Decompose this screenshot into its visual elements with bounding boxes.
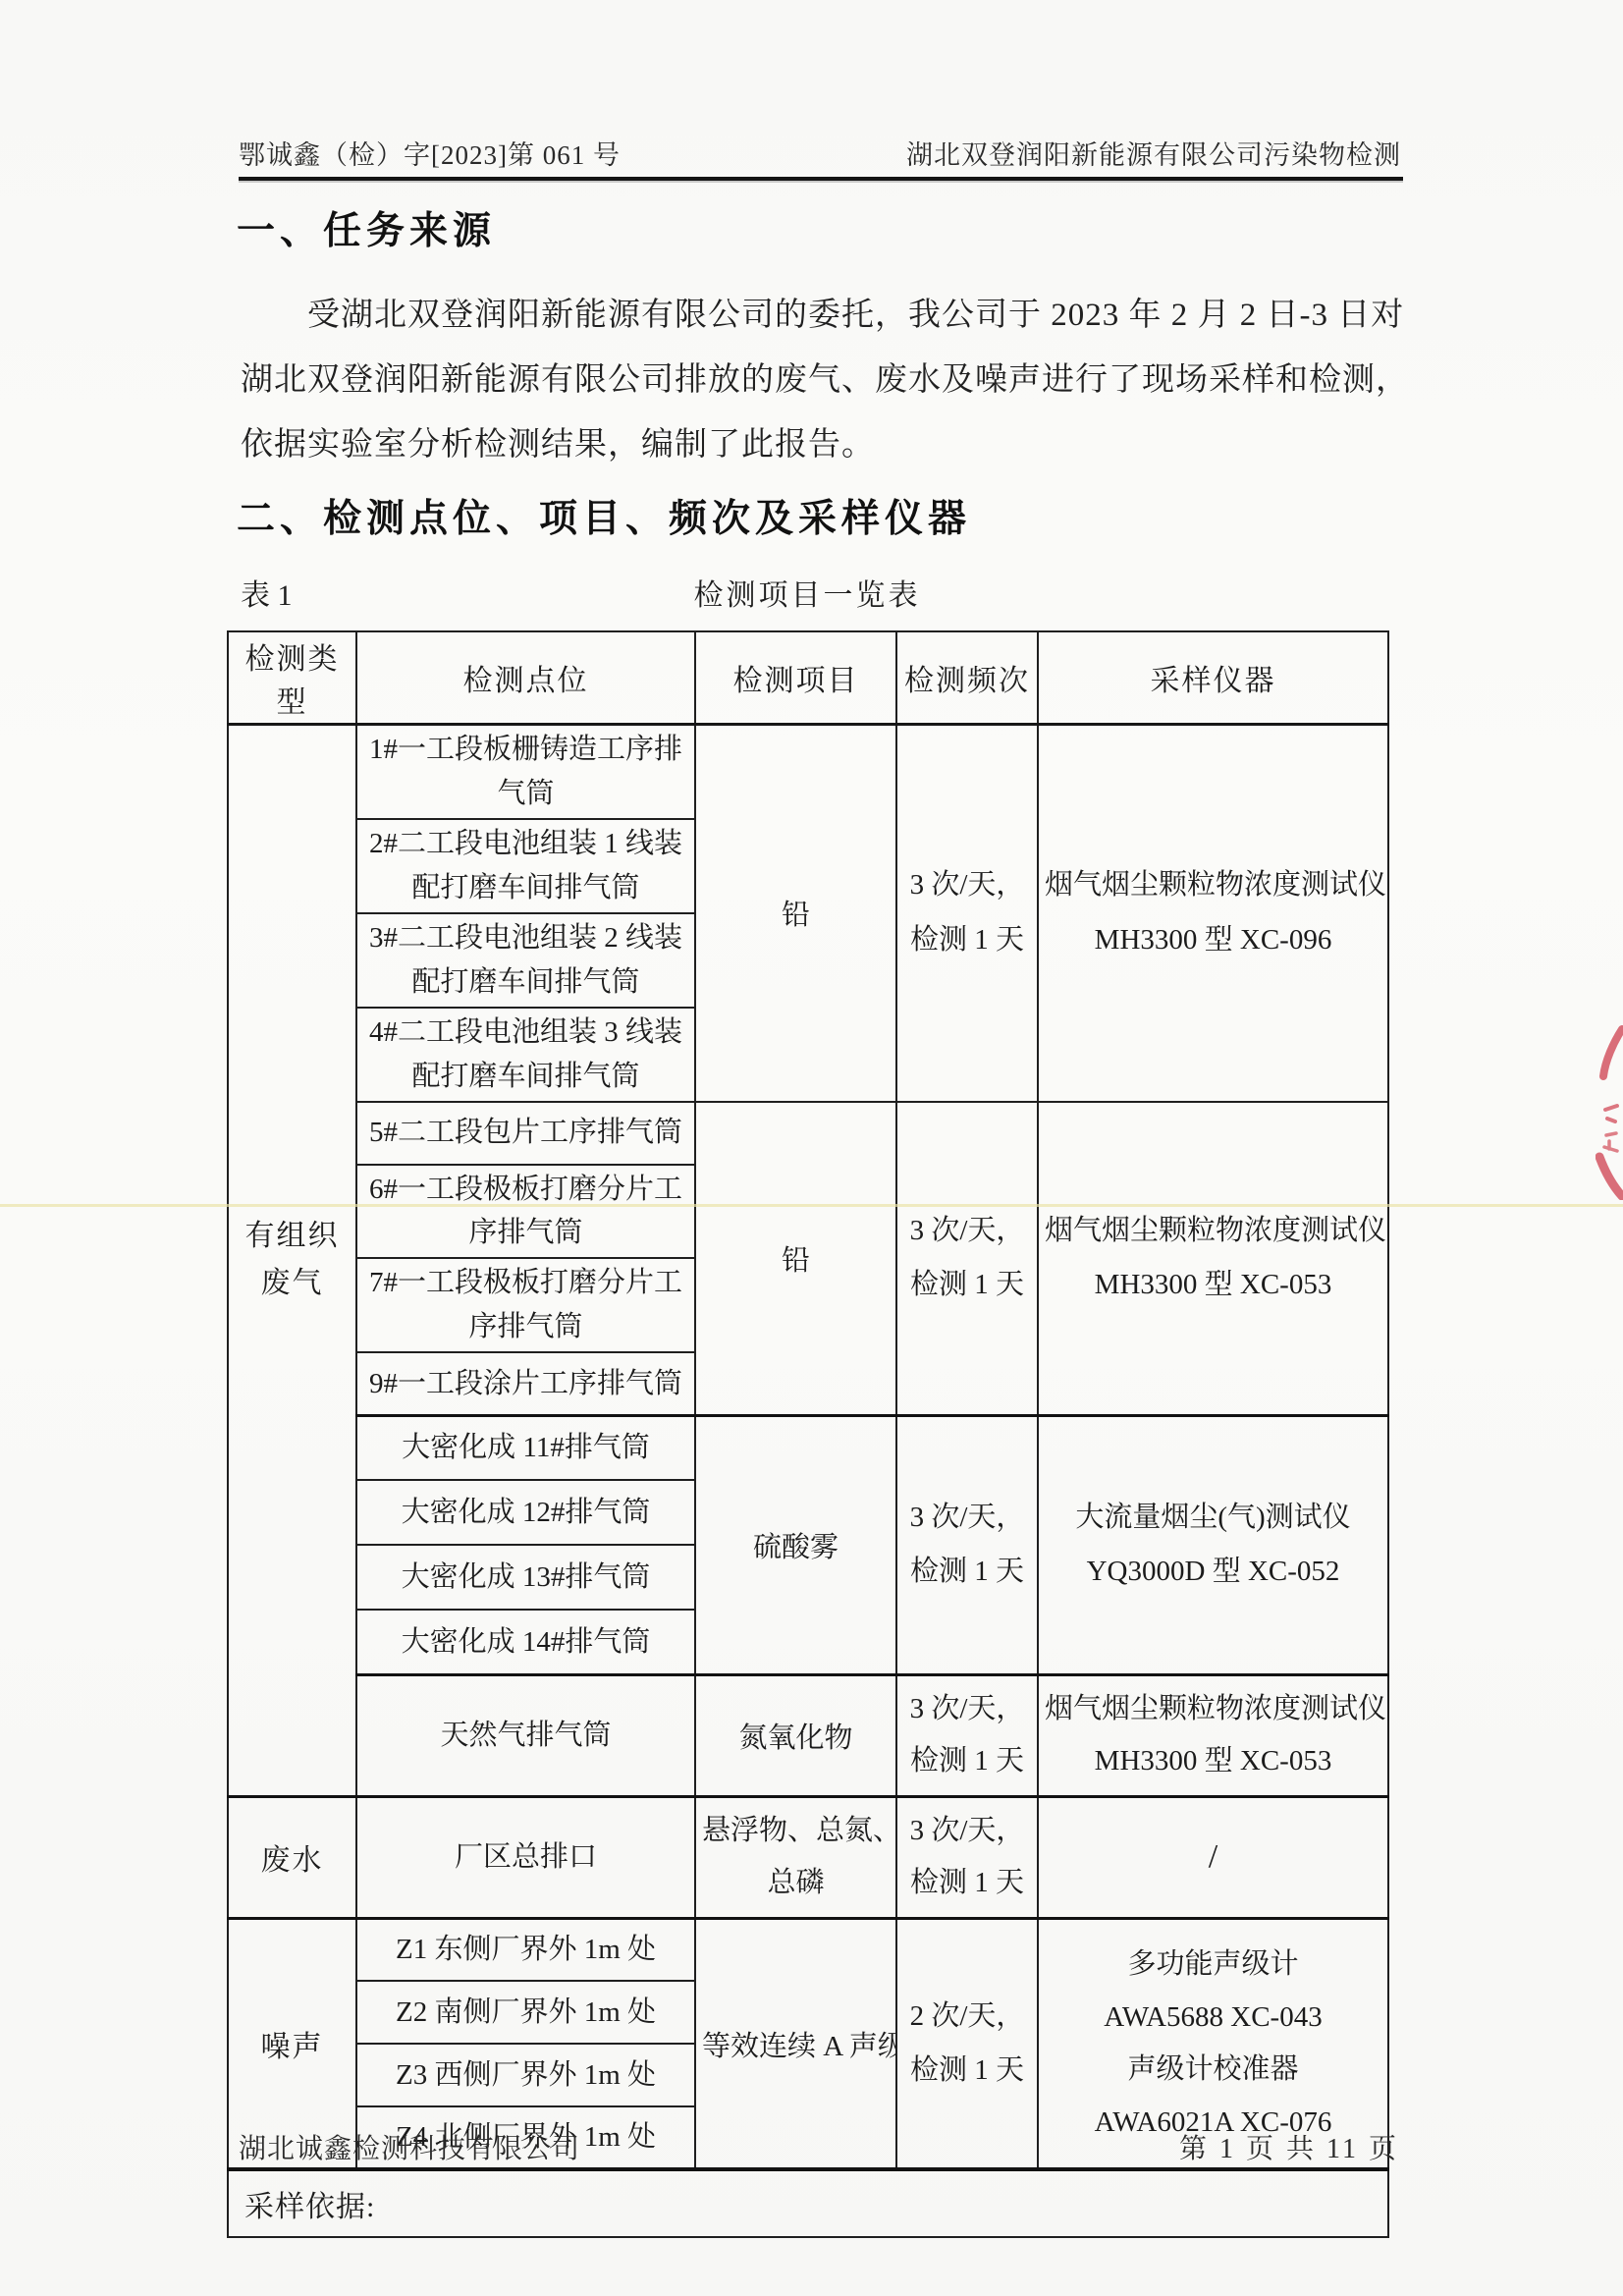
section1-heading: 一、任务来源: [237, 200, 496, 255]
monitor-point-cell: Z2 南侧厂界外 1m 处: [356, 1981, 695, 2044]
monitor-point-cell: 天然气排气筒: [356, 1674, 695, 1796]
table-row: 大密化成 11#排气筒 硫酸雾 3 次/天， 检测 1 天 大流量烟尘(气)测试…: [228, 1415, 1388, 1480]
red-stamp-fragment: [1596, 1025, 1623, 1200]
instrument-cell: 烟气烟尘颗粒物浓度测试仪 MH3300 型 XC-096: [1038, 725, 1388, 1102]
instrument-cell: 烟气烟尘颗粒物浓度测试仪 MH3300 型 XC-053: [1038, 1674, 1388, 1796]
frequency-cell: 3 次/天， 检测 1 天: [896, 1674, 1038, 1796]
sampling-basis-label: 采样依据:: [228, 2169, 1388, 2237]
instrument-cell: /: [1038, 1796, 1388, 1918]
monitor-item-cell: 氮氧化物: [695, 1674, 896, 1796]
monitor-item-cell: 铅: [695, 1102, 896, 1416]
monitor-point-cell: 大密化成 14#排气筒: [356, 1610, 695, 1674]
company-name: 湖北诚鑫检测科技有限公司: [239, 2127, 580, 2166]
sampling-basis-row: 采样依据:: [228, 2169, 1388, 2237]
doc-title-right: 湖北双登润阳新能源有限公司污染物检测: [906, 134, 1401, 172]
table-row: 5#二工段包片工序排气筒 铅 3 次/天， 检测 1 天 烟气烟尘颗粒物浓度测试…: [228, 1102, 1388, 1165]
monitoring-items-table: 检测类型 检测点位 检测项目 检测频次 采样仪器 有组织 废气 1#一工段板栅铸…: [227, 630, 1389, 2238]
header-divider: [239, 177, 1403, 181]
monitor-point-cell: 3#二工段电池组装 2 线装配打磨车间排气筒: [356, 913, 695, 1008]
frequency-cell: 3 次/天， 检测 1 天: [896, 725, 1038, 1102]
column-header-instrument: 采样仪器: [1038, 631, 1388, 725]
table-header-row: 检测类型 检测点位 检测项目 检测频次 采样仪器: [228, 631, 1388, 725]
monitor-point-cell: 大密化成 13#排气筒: [356, 1545, 695, 1610]
monitor-point-cell: 2#二工段电池组装 1 线装配打磨车间排气筒: [356, 819, 695, 913]
monitor-point-cell: 1#一工段板栅铸造工序排气筒: [356, 725, 695, 819]
doc-footer: 湖北诚鑫检测科技有限公司 第 1 页 共 11 页: [239, 2127, 1399, 2166]
document-page: 鄂诚鑫（检）字[2023]第 061 号 湖北双登润阳新能源有限公司污染物检测 …: [0, 0, 1623, 2296]
monitor-item-cell: 悬浮物、总氮、 总磷: [695, 1796, 896, 1918]
monitor-point-cell: Z1 东侧厂界外 1m 处: [356, 1918, 695, 1981]
column-header-point: 检测点位: [356, 631, 695, 725]
column-header-type: 检测类型: [228, 631, 356, 725]
monitor-point-cell: 大密化成 12#排气筒: [356, 1480, 695, 1545]
monitor-point-cell: 5#二工段包片工序排气筒: [356, 1102, 695, 1165]
monitor-point-cell: 大密化成 11#排气筒: [356, 1415, 695, 1480]
monitor-type-cell: 有组织 废气: [228, 725, 356, 1797]
table-row: 废水 厂区总排口 悬浮物、总氮、 总磷 3 次/天， 检测 1 天 /: [228, 1796, 1388, 1918]
table-row: 噪声 Z1 东侧厂界外 1m 处 等效连续 A 声级 2 次/天， 检测 1 天…: [228, 1918, 1388, 1981]
frequency-cell: 3 次/天， 检测 1 天: [896, 1102, 1038, 1416]
instrument-cell: 烟气烟尘颗粒物浓度测试仪 MH3300 型 XC-053: [1038, 1102, 1388, 1416]
intro-paragraph-line: 依据实验室分析检测结果，编制了此报告。: [241, 412, 1404, 477]
column-header-item: 检测项目: [695, 631, 896, 725]
frequency-cell: 3 次/天， 检测 1 天: [896, 1415, 1038, 1674]
monitor-point-cell: 6#一工段极板打磨分片工序排气筒: [356, 1165, 695, 1259]
table-caption-title: 检测项目一览表: [227, 571, 1387, 614]
table-row: 有组织 废气 1#一工段板栅铸造工序排气筒 铅 3 次/天， 检测 1 天 烟气…: [228, 725, 1388, 819]
frequency-cell: 3 次/天， 检测 1 天: [896, 1796, 1038, 1918]
monitor-point-cell: 4#二工段电池组装 3 线装配打磨车间排气筒: [356, 1008, 695, 1102]
monitor-point-cell: 7#一工段极板打磨分片工序排气筒: [356, 1258, 695, 1352]
doc-number: 鄂诚鑫（检）字[2023]第 061 号: [239, 134, 621, 172]
page-number: 第 1 页 共 11 页: [1179, 2127, 1399, 2166]
monitor-point-cell: 9#一工段涂片工序排气筒: [356, 1352, 695, 1415]
table-row: 天然气排气筒 氮氧化物 3 次/天， 检测 1 天 烟气烟尘颗粒物浓度测试仪 M…: [228, 1674, 1388, 1796]
table-caption: 表 1 检测项目一览表: [227, 571, 1387, 610]
monitor-type-cell: 废水: [228, 1796, 356, 1918]
section2-heading: 二、检测点位、项目、频次及采样仪器: [237, 488, 971, 543]
instrument-cell: 大流量烟尘(气)测试仪 YQ3000D 型 XC-052: [1038, 1415, 1388, 1674]
doc-header: 鄂诚鑫（检）字[2023]第 061 号 湖北双登润阳新能源有限公司污染物检测: [239, 134, 1401, 172]
monitor-type-line: 废气: [235, 1260, 350, 1307]
intro-paragraph: 受湖北双登润阳新能源有限公司的委托，我公司于 2023 年 2 月 2 日-3 …: [241, 283, 1404, 477]
intro-paragraph-line: 受湖北双登润阳新能源有限公司的委托，我公司于 2023 年 2 月 2 日-3 …: [241, 283, 1404, 348]
monitor-item-cell: 铅: [695, 725, 896, 1102]
column-header-frequency: 检测频次: [896, 631, 1038, 725]
monitor-point-cell: Z3 西侧厂界外 1m 处: [356, 2044, 695, 2106]
monitor-point-cell: 厂区总排口: [356, 1796, 695, 1918]
intro-paragraph-line: 湖北双登润阳新能源有限公司排放的废气、废水及噪声进行了现场采样和检测，: [241, 348, 1404, 412]
monitor-item-cell: 硫酸雾: [695, 1415, 896, 1674]
scan-yellow-line: [0, 1204, 1623, 1207]
monitor-type-line: 有组织: [235, 1213, 350, 1260]
